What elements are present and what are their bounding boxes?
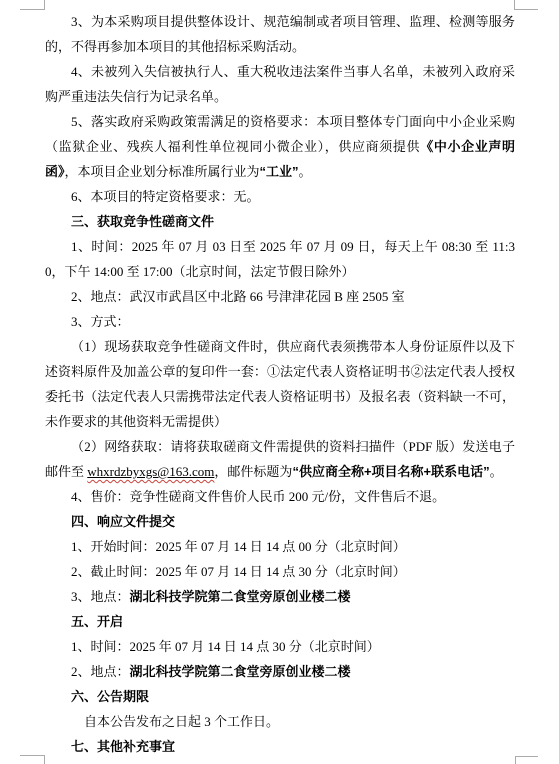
document-page: 3、为本采购项目提供整体设计、规范编制或者项目管理、监理、检测等服务的，不得再参…: [0, 0, 559, 764]
text-run: 6、本项目的特定资格要求：无。: [71, 189, 260, 204]
document-body: 3、为本采购项目提供整体设计、规范编制或者项目管理、监理、检测等服务的，不得再参…: [45, 9, 515, 759]
text-run: 五、开启: [71, 614, 123, 629]
text-boundary-mark-top-right: [514, 0, 538, 10]
text-boundary-mark-bottom-left: [20, 755, 45, 764]
section-heading: 四、响应文件提交: [45, 509, 515, 534]
paragraph: （2）网络获取：请将获取磋商文件需提供的资料扫描件（PDF 版）发送电子邮件至 …: [45, 434, 515, 484]
text-run: 七、其他补充事宜: [71, 739, 175, 754]
text-boundary-mark-bottom-right: [515, 756, 538, 764]
bold-text-run: 湖北科技学院第二食堂旁原创业楼二楼: [130, 664, 351, 679]
paragraph: 2、地点：武汉市武昌区中北路 66 号津津花园 B 座 2505 室: [45, 284, 515, 309]
paragraph: 3、为本采购项目提供整体设计、规范编制或者项目管理、监理、检测等服务的，不得再参…: [45, 9, 515, 59]
section-heading: 七、其他补充事宜: [45, 734, 515, 759]
text-run: 2、截止时间：2025 年 07 月 14 日 14 点 30 分（北京时间）: [71, 564, 406, 579]
text-run: 四、响应文件提交: [71, 514, 175, 529]
text-run: 4、售价：竞争性磋商文件售价人民币 200 元/份，文件售后不退。: [71, 489, 445, 504]
text-run: ，邮件标题为: [214, 464, 292, 479]
text-run: 1、时间：2025 年 07 月 03 日至 2025 年 07 月 09 日，…: [45, 239, 515, 279]
paragraph: 1、时间：2025 年 07 月 03 日至 2025 年 07 月 09 日，…: [45, 234, 515, 284]
bold-text-run: 湖北科技学院第二食堂旁原创业楼二楼: [130, 589, 351, 604]
paragraph: 3、地点：湖北科技学院第二食堂旁原创业楼二楼: [45, 584, 515, 609]
paragraph: 自本公告发布之日起 3 个工作日。: [45, 709, 515, 734]
paragraph: （1）现场获取竞争性磋商文件时，供应商代表须携带本人身份证原件以及下述资料原件及…: [45, 334, 515, 434]
text-run: 2、地点：: [71, 664, 130, 679]
text-run: 1、时间：2025 年 07 月 14 日 14 点 30 分（北京时间）: [71, 639, 380, 654]
text-run: 自本公告发布之日起 3 个工作日。: [84, 714, 279, 729]
text-run: ，本项目企业划分标准所属行业为: [65, 164, 260, 179]
paragraph: 4、售价：竞争性磋商文件售价人民币 200 元/份，文件售后不退。: [45, 484, 515, 509]
text-run: 2、地点：武汉市武昌区中北路 66 号津津花园 B 座 2505 室: [71, 289, 405, 304]
text-run: 3、地点：: [71, 589, 130, 604]
text-boundary-mark-top-left: [20, 0, 45, 10]
paragraph: 5、落实政府采购政策需满足的资格要求：本项目整体专门面向中小企业采购（监狱企业、…: [45, 109, 515, 184]
text-run: （1）现场获取竞争性磋商文件时，供应商代表须携带本人身份证原件以及下述资料原件及…: [45, 339, 515, 429]
text-run: 三、获取竞争性磋商文件: [71, 214, 214, 229]
paragraph: 2、截止时间：2025 年 07 月 14 日 14 点 30 分（北京时间）: [45, 559, 515, 584]
text-run: 。: [299, 164, 312, 179]
paragraph: 3、方式：: [45, 309, 515, 334]
text-run: 。: [490, 464, 503, 479]
text-run: 3、方式：: [71, 314, 130, 329]
section-heading: 五、开启: [45, 609, 515, 634]
text-run: 1、开始时间：2025 年 07 月 14 日 14 点 00 分（北京时间）: [71, 539, 406, 554]
section-heading: 三、获取竞争性磋商文件: [45, 209, 515, 234]
text-run: 4、未被列入失信被执行人、重大税收违法案件当事人名单，未被列入政府采购严重违法失…: [45, 64, 515, 104]
email-address[interactable]: whxrdzbyxgs@163.com: [87, 464, 214, 479]
section-heading: 六、公告期限: [45, 684, 515, 709]
bold-text-run: “工业”: [260, 164, 299, 179]
text-run: 六、公告期限: [71, 689, 149, 704]
paragraph: 1、开始时间：2025 年 07 月 14 日 14 点 00 分（北京时间）: [45, 534, 515, 559]
email-address-text: whxrdzbyxgs@163.com: [87, 464, 214, 479]
paragraph: 1、时间：2025 年 07 月 14 日 14 点 30 分（北京时间）: [45, 634, 515, 659]
paragraph: 2、地点：湖北科技学院第二食堂旁原创业楼二楼: [45, 659, 515, 684]
paragraph: 4、未被列入失信被执行人、重大税收违法案件当事人名单，未被列入政府采购严重违法失…: [45, 59, 515, 109]
paragraph: 6、本项目的特定资格要求：无。: [45, 184, 515, 209]
bold-text-run: “供应商全称+项目名称+联系电话”: [292, 464, 489, 479]
text-run: 3、为本采购项目提供整体设计、规范编制或者项目管理、监理、检测等服务的，不得再参…: [45, 14, 515, 54]
